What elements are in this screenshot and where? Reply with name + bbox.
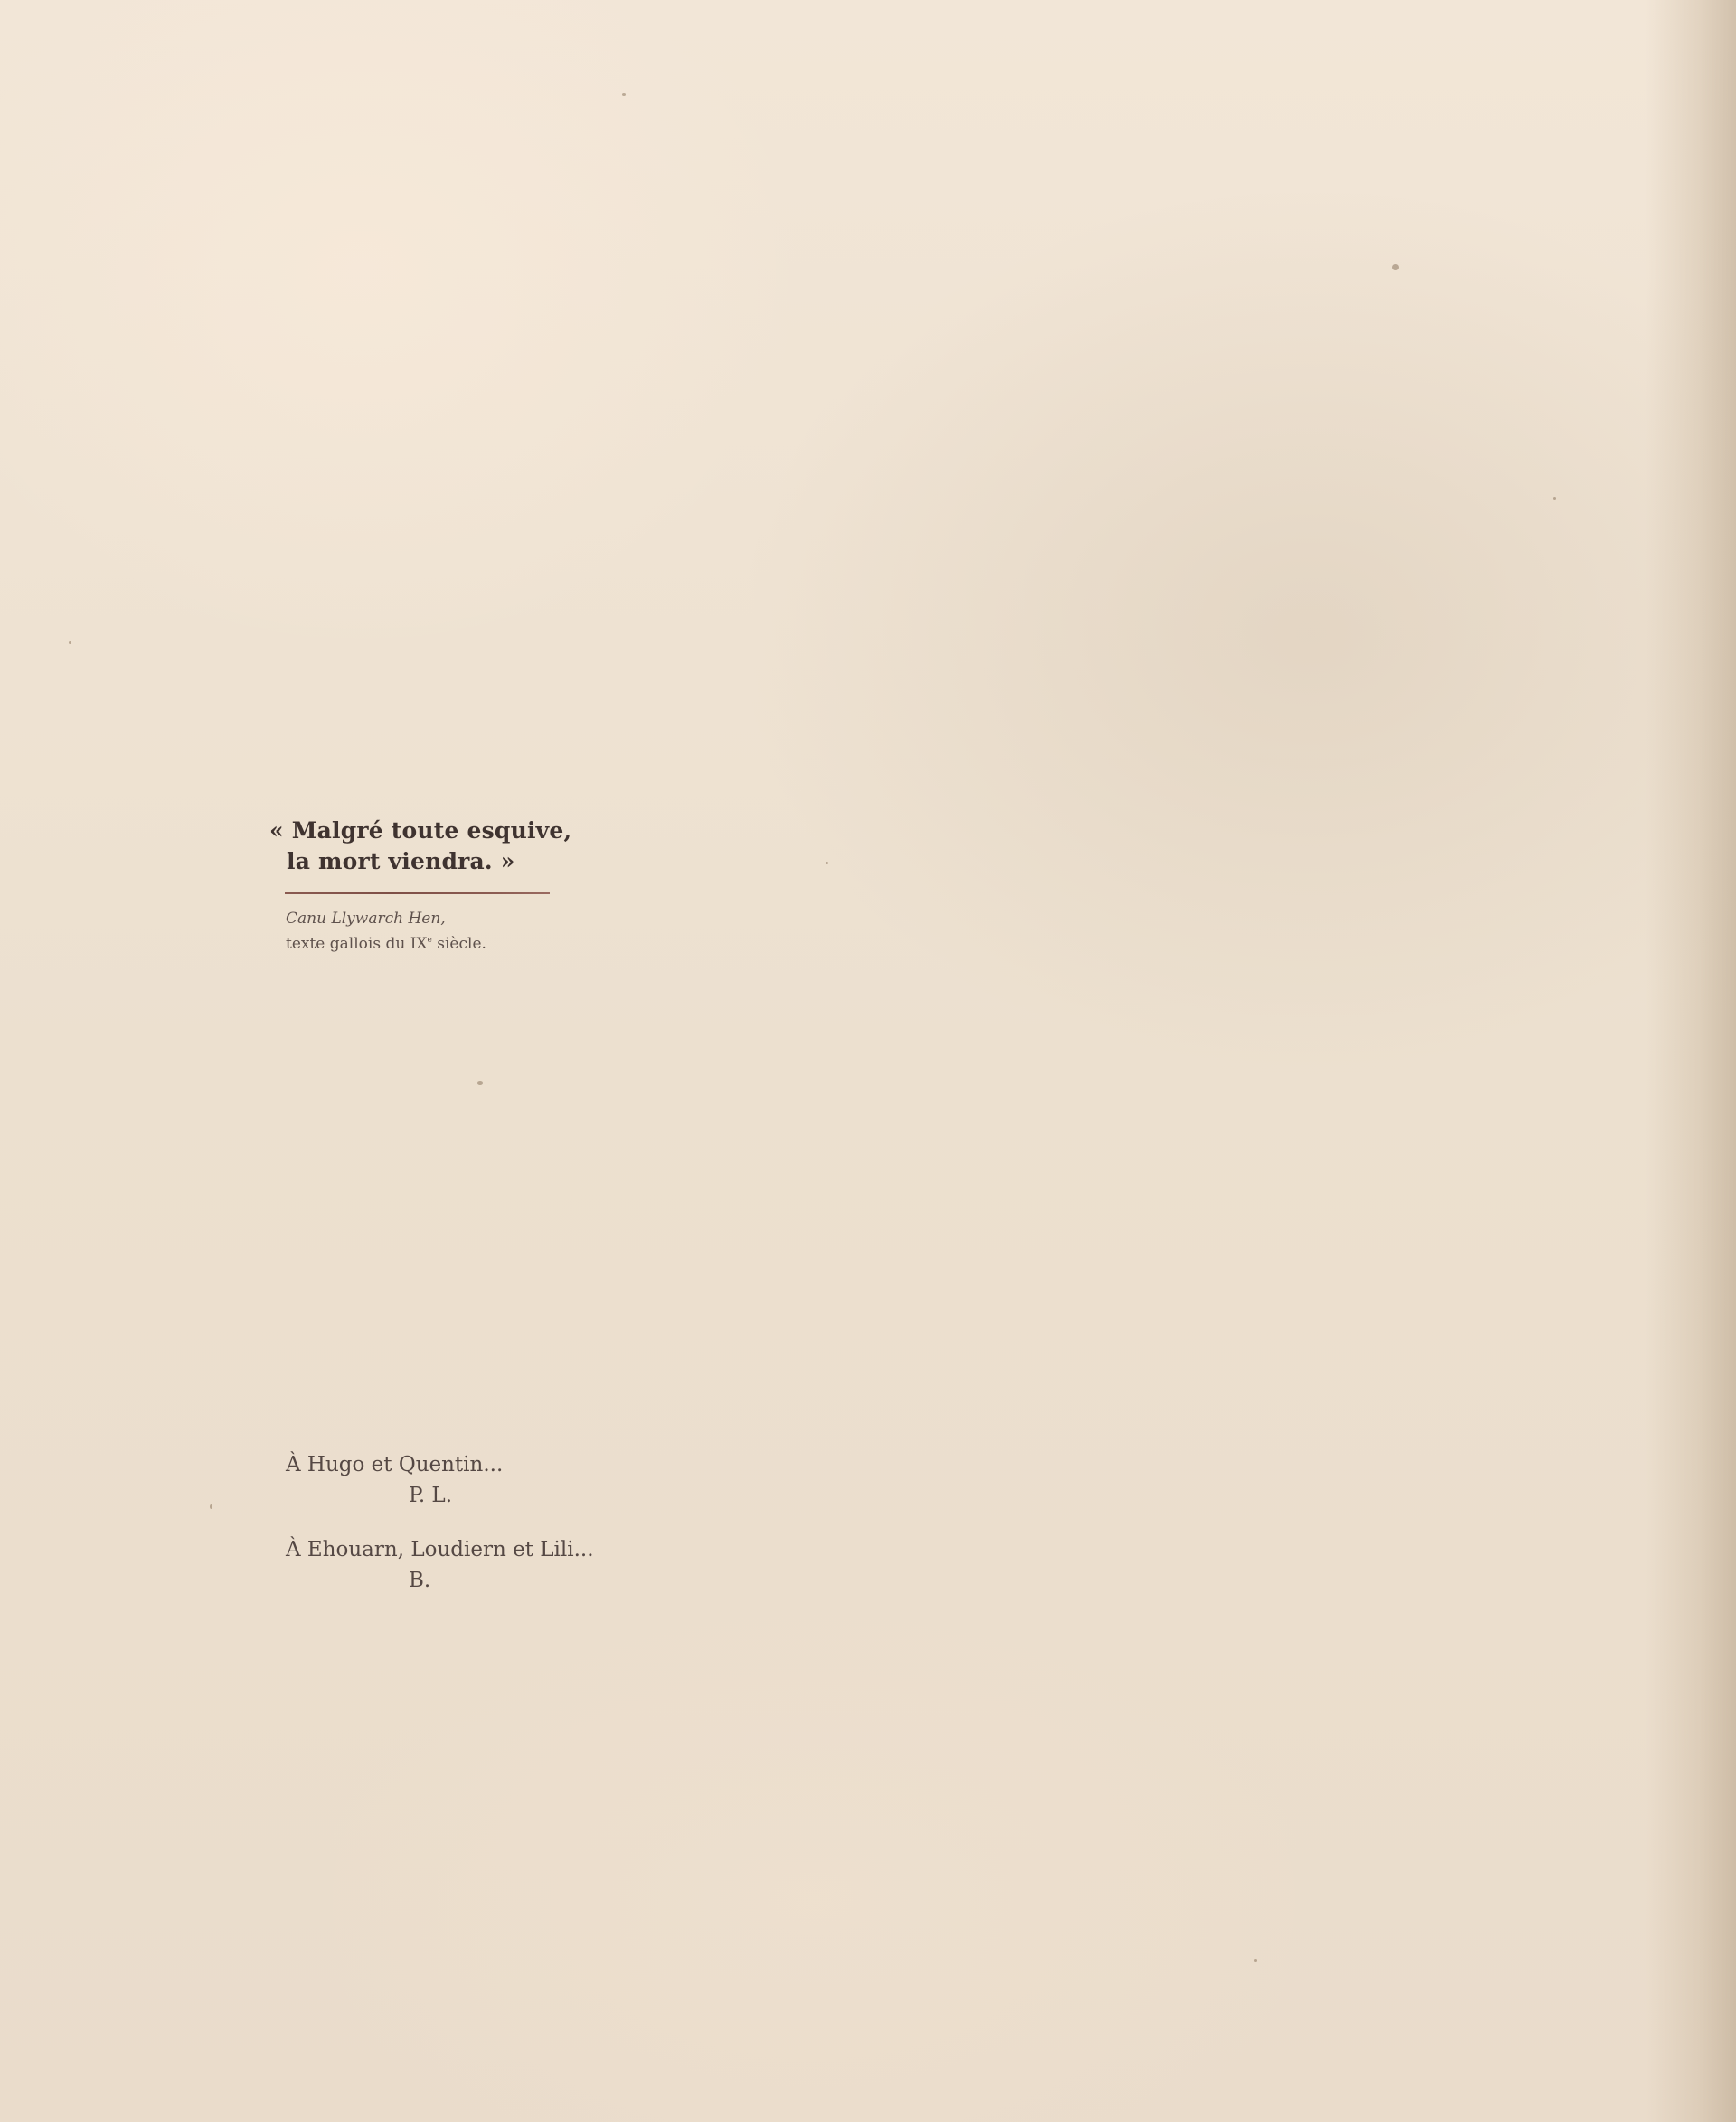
paper-speck xyxy=(210,1504,212,1509)
epigraph-quote-line-2: la mort viendra. » xyxy=(269,846,577,877)
epigraph-divider xyxy=(285,892,550,894)
dedication-recipients: À Hugo et Quentin... xyxy=(286,1449,738,1480)
paper-speck xyxy=(1254,1959,1257,1962)
paper-speck xyxy=(826,862,828,864)
epigraph-source-work: Canu Llywarch Hen, xyxy=(286,908,593,929)
paper-speck xyxy=(1553,497,1556,500)
epigraph-source-description: texte gallois du IXe siècle. xyxy=(286,929,593,955)
paper-speck xyxy=(1392,264,1399,270)
source-desc-prefix: texte gallois du IX xyxy=(286,935,428,953)
paper-speck xyxy=(477,1081,483,1085)
paper-speck xyxy=(69,641,71,644)
epigraph-quote: « Malgré toute esquive, la mort viendra.… xyxy=(269,816,577,877)
dedication-signature: P. L. xyxy=(286,1480,738,1511)
epigraph-source: Canu Llywarch Hen, texte gallois du IXe … xyxy=(286,908,593,955)
dedication-recipients: À Ehouarn, Loudiern et Lili... xyxy=(286,1534,738,1565)
epigraph-quote-line-1: « Malgré toute esquive, xyxy=(269,816,577,846)
dedications: À Hugo et Quentin... P. L. À Ehouarn, Lo… xyxy=(286,1449,738,1619)
dedication: À Ehouarn, Loudiern et Lili... B. xyxy=(286,1534,738,1596)
epigraph: « Malgré toute esquive, la mort viendra.… xyxy=(269,816,577,877)
paper-speck xyxy=(622,93,626,96)
paper-page: « Malgré toute esquive, la mort viendra.… xyxy=(0,0,1736,2122)
dedication-signature: B. xyxy=(286,1565,738,1596)
source-desc-suffix: siècle. xyxy=(432,935,486,953)
dedication: À Hugo et Quentin... P. L. xyxy=(286,1449,738,1511)
